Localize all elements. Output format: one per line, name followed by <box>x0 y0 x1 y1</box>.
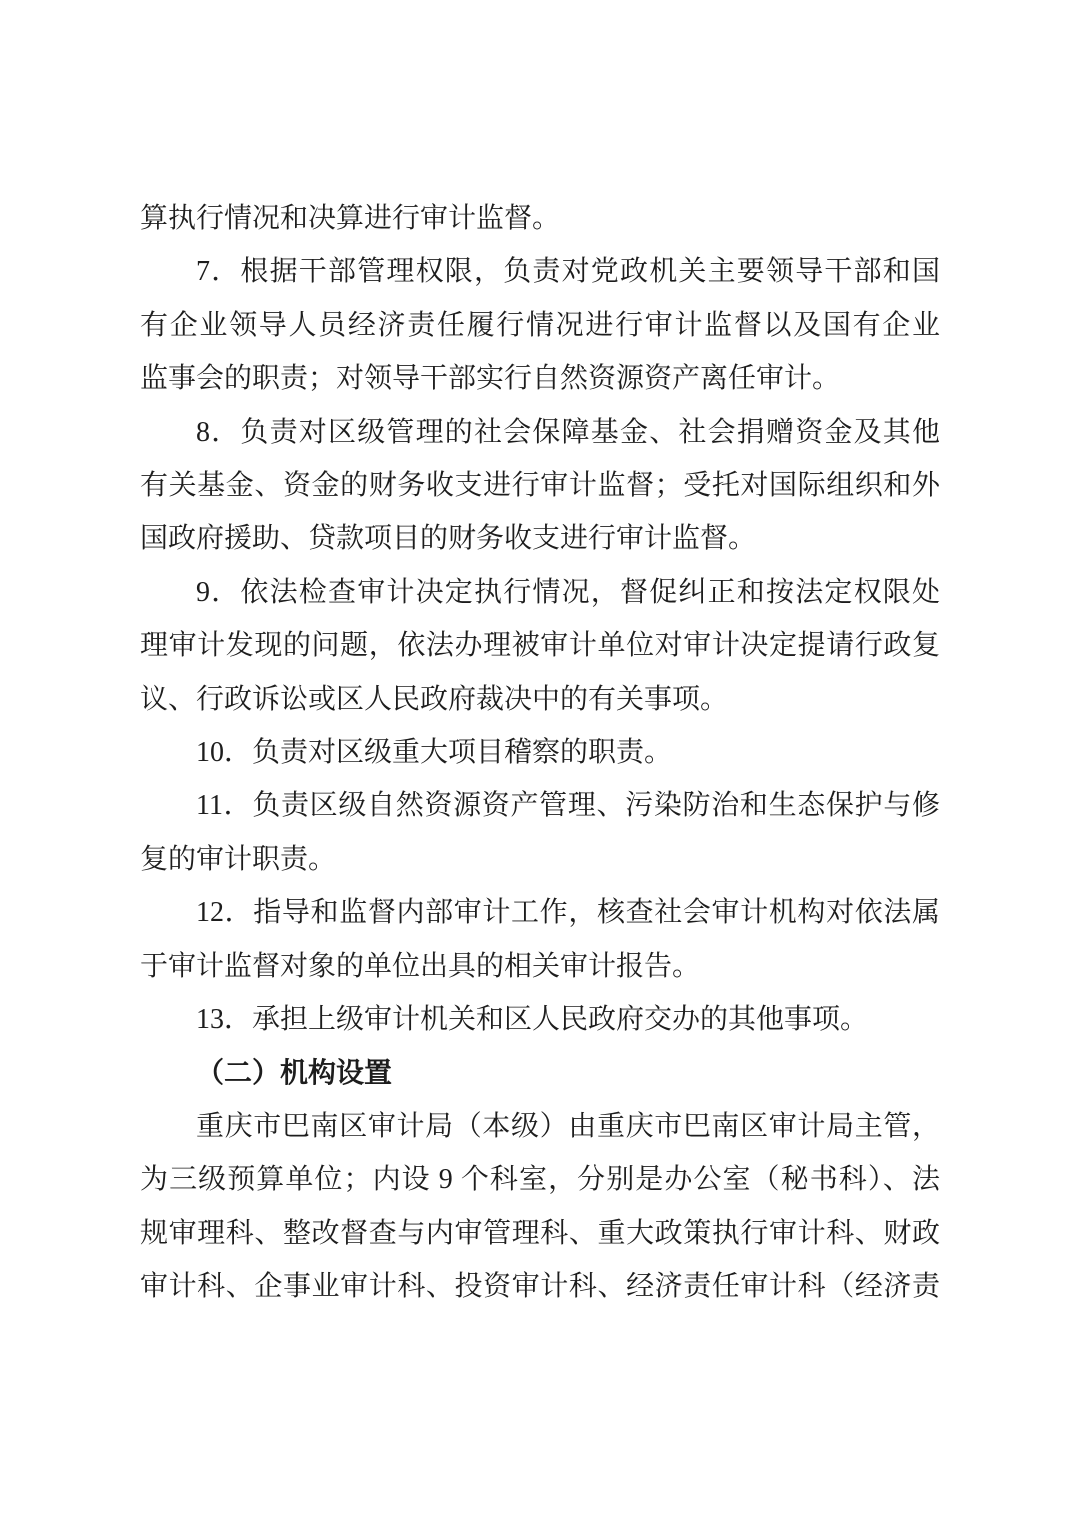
text-line: 8．负责对区级管理的社会保障基金、社会捐赠资金及其他 <box>140 406 940 459</box>
text-line: 监事会的职责；对领导干部实行自然资源资产离任审计。 <box>140 352 940 405</box>
text-line: 为三级预算单位；内设 9 个科室，分别是办公室（秘书科）、法 <box>140 1153 940 1206</box>
text-line: 10．负责对区级重大项目稽察的职责。 <box>140 726 940 779</box>
text-line: 11．负责区级自然资源资产管理、污染防治和生态保护与修 <box>140 779 940 832</box>
paragraph-item-11: 11．负责区级自然资源资产管理、污染防治和生态保护与修 复的审计职责。 <box>140 779 940 886</box>
paragraph-item-9: 9．依法检查审计决定执行情况，督促纠正和按法定权限处 理审计发现的问题，依法办理… <box>140 566 940 726</box>
text-line: 算执行情况和决算进行审计监督。 <box>140 192 940 245</box>
text-line: 于审计监督对象的单位出具的相关审计报告。 <box>140 940 940 993</box>
text-line: 议、行政诉讼或区人民政府裁决中的有关事项。 <box>140 673 940 726</box>
paragraph-continuation: 算执行情况和决算进行审计监督。 <box>140 192 940 245</box>
text-line: 有关基金、资金的财务收支进行审计监督；受托对国际组织和外 <box>140 459 940 512</box>
section-heading: （二）机构设置 <box>140 1047 940 1100</box>
text-line: 规审理科、整改督查与内审管理科、重大政策执行审计科、财政 <box>140 1207 940 1260</box>
text-line: 理审计发现的问题，依法办理被审计单位对审计决定提请行政复 <box>140 619 940 672</box>
paragraph-item-8: 8．负责对区级管理的社会保障基金、社会捐赠资金及其他 有关基金、资金的财务收支进… <box>140 406 940 566</box>
text-line: 12．指导和监督内部审计工作，核查社会审计机构对依法属 <box>140 886 940 939</box>
paragraph-item-7: 7．根据干部管理权限，负责对党政机关主要领导干部和国 有企业领导人员经济责任履行… <box>140 245 940 405</box>
text-line: 13．承担上级审计机关和区人民政府交办的其他事项。 <box>140 993 940 1046</box>
text-line: 复的审计职责。 <box>140 833 940 886</box>
document-page: { "page": { "background_color": "#ffffff… <box>0 0 1074 1520</box>
text-line: 审计科、企事业审计科、投资审计科、经济责任审计科（经济责 <box>140 1260 940 1313</box>
text-line: 重庆市巴南区审计局（本级）由重庆市巴南区审计局主管， <box>140 1100 940 1153</box>
paragraph-item-10: 10．负责对区级重大项目稽察的职责。 <box>140 726 940 779</box>
section-heading-text: （二）机构设置 <box>140 1047 940 1100</box>
document-body: 算执行情况和决算进行审计监督。 7．根据干部管理权限，负责对党政机关主要领导干部… <box>140 192 940 1314</box>
paragraph-item-12: 12．指导和监督内部审计工作，核查社会审计机构对依法属 于审计监督对象的单位出具… <box>140 886 940 993</box>
text-line: 9．依法检查审计决定执行情况，督促纠正和按法定权限处 <box>140 566 940 619</box>
text-line: 国政府援助、贷款项目的财务收支进行审计监督。 <box>140 512 940 565</box>
text-line: 有企业领导人员经济责任履行情况进行审计监督以及国有企业 <box>140 299 940 352</box>
paragraph-item-13: 13．承担上级审计机关和区人民政府交办的其他事项。 <box>140 993 940 1046</box>
text-line: 7．根据干部管理权限，负责对党政机关主要领导干部和国 <box>140 245 940 298</box>
paragraph-org-setup: 重庆市巴南区审计局（本级）由重庆市巴南区审计局主管， 为三级预算单位；内设 9 … <box>140 1100 940 1314</box>
